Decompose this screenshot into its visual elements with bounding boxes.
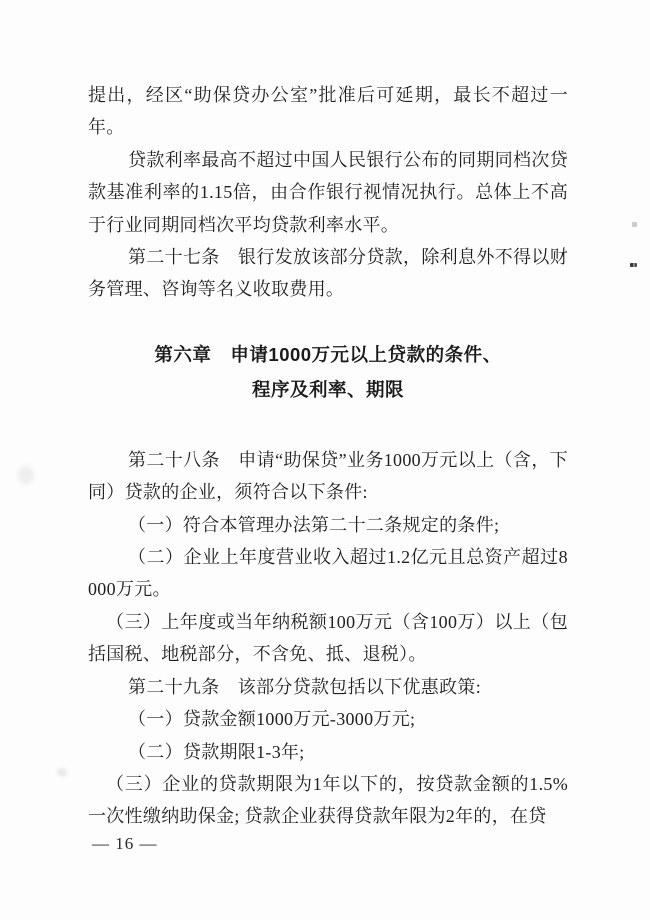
chapter-heading-line1: 第六章 申请1000万元以上贷款的条件、 xyxy=(88,337,568,372)
scan-speck xyxy=(632,222,637,227)
body-paragraph-item-1b: （一）贷款金额1000万元-3000万元; xyxy=(88,703,568,735)
scan-smudge xyxy=(55,766,68,779)
scan-speck xyxy=(630,263,637,267)
chapter-heading: 第六章 申请1000万元以上贷款的条件、 程序及利率、期限 xyxy=(88,337,568,407)
body-paragraph-item-3b: （三）企业的贷款期限为1年以下的，按贷款金额的1.5%一次性缴纳助保金; 贷款企… xyxy=(88,768,568,833)
body-paragraph: 贷款利率最高不超过中国人民银行公布的同期同档次贷款基准利率的1.15倍，由合作银… xyxy=(88,144,568,241)
body-paragraph-item-3: （三）上年度或当年纳税额100万元（含100万）以上（包括国税、地税部分，不含免… xyxy=(88,606,568,671)
document-page: 提出，经区“助保贷办公室”批准后可延期，最长不超过一年。 贷款利率最高不超过中国… xyxy=(0,0,650,920)
body-paragraph-article-28: 第二十八条 申请“助保贷”业务1000万元以上（含，下同）贷款的企业，须符合以下… xyxy=(88,444,568,509)
scan-smudge xyxy=(18,466,34,484)
body-paragraph-item-2b: （二）贷款期限1-3年; xyxy=(88,736,568,768)
body-paragraph: 提出，经区“助保贷办公室”批准后可延期，最长不超过一年。 xyxy=(88,79,568,144)
body-paragraph-article-27: 第二十七条 银行发放该部分贷款，除利息外不得以财务管理、咨询等名义收取费用。 xyxy=(88,241,568,306)
page-body: 提出，经区“助保贷办公室”批准后可延期，最长不超过一年。 贷款利率最高不超过中国… xyxy=(88,79,568,833)
chapter-heading-line2: 程序及利率、期限 xyxy=(88,372,568,407)
body-paragraph-item-1: （一）符合本管理办法第二十二条规定的条件; xyxy=(88,509,568,541)
page-number: — 16 — xyxy=(92,834,158,854)
body-paragraph-item-2: （二）企业上年度营业收入超过1.2亿元且总资产超过8000万元。 xyxy=(88,541,568,606)
body-paragraph-article-29: 第二十九条 该部分贷款包括以下优惠政策: xyxy=(88,671,568,703)
